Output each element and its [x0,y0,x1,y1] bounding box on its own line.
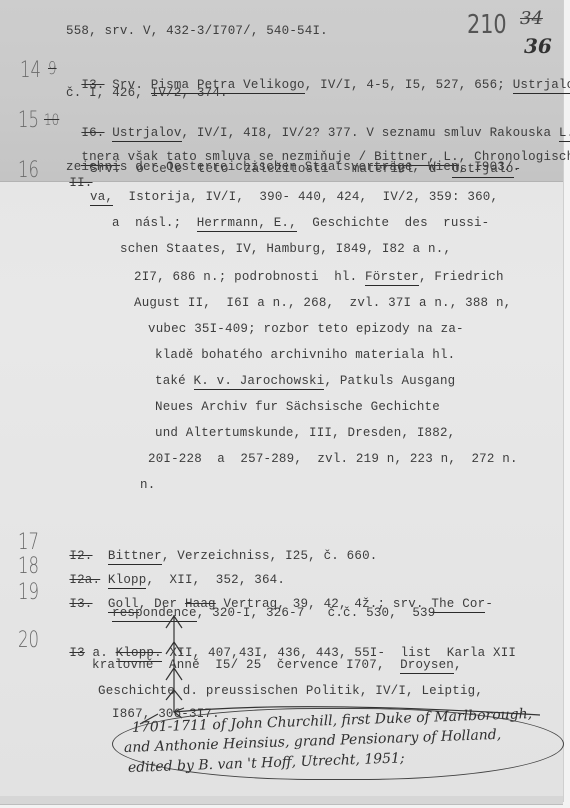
note-16-line-5: 2I7, 686 n.; podrobnosti hl. Förster, Fr… [134,270,504,284]
handwritten-page-number: 210 [467,10,507,40]
margin-number-14: 14 [20,58,41,83]
old-note-number: I3 [69,646,84,660]
note-16-line-4: schen Staates, IV, Hamburg, I849, I82 a … [120,242,459,256]
ref-correspondence-cont: respondence [112,606,197,622]
ref-droysen: Droysen [400,658,454,674]
note-16-line-11: und Altertumskunde, III, Dresden, I882, [155,426,455,440]
margin-number-old-9: 9 [48,58,57,79]
corrected-page-number: 36 [524,34,552,58]
old-note-number: II. [69,176,92,190]
note-19-line-2: respondence, 320-I, 326-7 č.č. 530, 539 [112,606,435,620]
note-16-line-1: Srv. o cele teto záležitosti materiel u … [90,162,521,176]
note-16-line-7: vubec 35I-409; rozbor teto epizody na za… [148,322,464,336]
ref-ustrjalov: Ustrjalov [513,78,570,94]
ref-forster: Förster [365,270,419,286]
ref-correspondence: The Cor [431,597,485,613]
slip-line-1: 558, srv. V, 432-3/I707/, 540-54I. [66,24,328,38]
note-16-line-6: August II, I6I a n., 268, zvl. 37I a n.,… [134,296,511,310]
page-bottom-edge [0,796,563,805]
ref-herrmann: Herrmann, E., [197,216,297,232]
ref-ustrjalov-cont: va, [90,190,113,206]
margin-number-17: 17 [18,530,39,555]
margin-number-15: 15 [18,108,39,133]
note-number: II. [54,162,93,190]
margin-number-20: 20 [18,628,39,653]
struck-page-number: 34 [520,8,543,29]
note-16-line-13: n. [140,478,155,492]
margin-number-16: 16 [18,158,39,183]
note-16-line-9: také K. v. Jarochowski, Patkuls Ausgang [155,374,455,388]
ref-jarochowski: K. v. Jarochowski [194,374,325,390]
note-20-line-1: I3 a. Klopp. XII, 407,43I, 436, 443, 55I… [54,632,516,660]
slip-line-3: č. I, 426, IV/2, 374. [66,86,228,100]
note-20-line-2: kralovně Anně I5/ 25 července I707, Droy… [92,658,462,672]
note-16-line-10: Neues Archiv fur Sächsische Gechichte [155,400,440,414]
note-16-line-3: a násl.; Herrmann, E., Geschichte des ru… [112,216,489,230]
ref-ustrjalov: Ustrjalo [452,162,514,178]
note-16-line-2: va, Istorija, IV/I, 390- 440, 424, IV/2,… [90,190,498,204]
note-16-line-12: 20I-228 a 257-289, zvl. 219 n, 223 n, 27… [148,452,518,466]
note-16-line-8: kladě bohatého archivniho materiala hl. [155,348,455,362]
note-20-line-3: Geschichte d. preussischen Politik, IV/I… [98,684,483,698]
old-note-number: I3. [69,597,92,611]
margin-number-18: 18 [18,554,39,579]
margin-number-old-10: 10 [44,110,59,129]
margin-number-19: 19 [18,580,39,605]
